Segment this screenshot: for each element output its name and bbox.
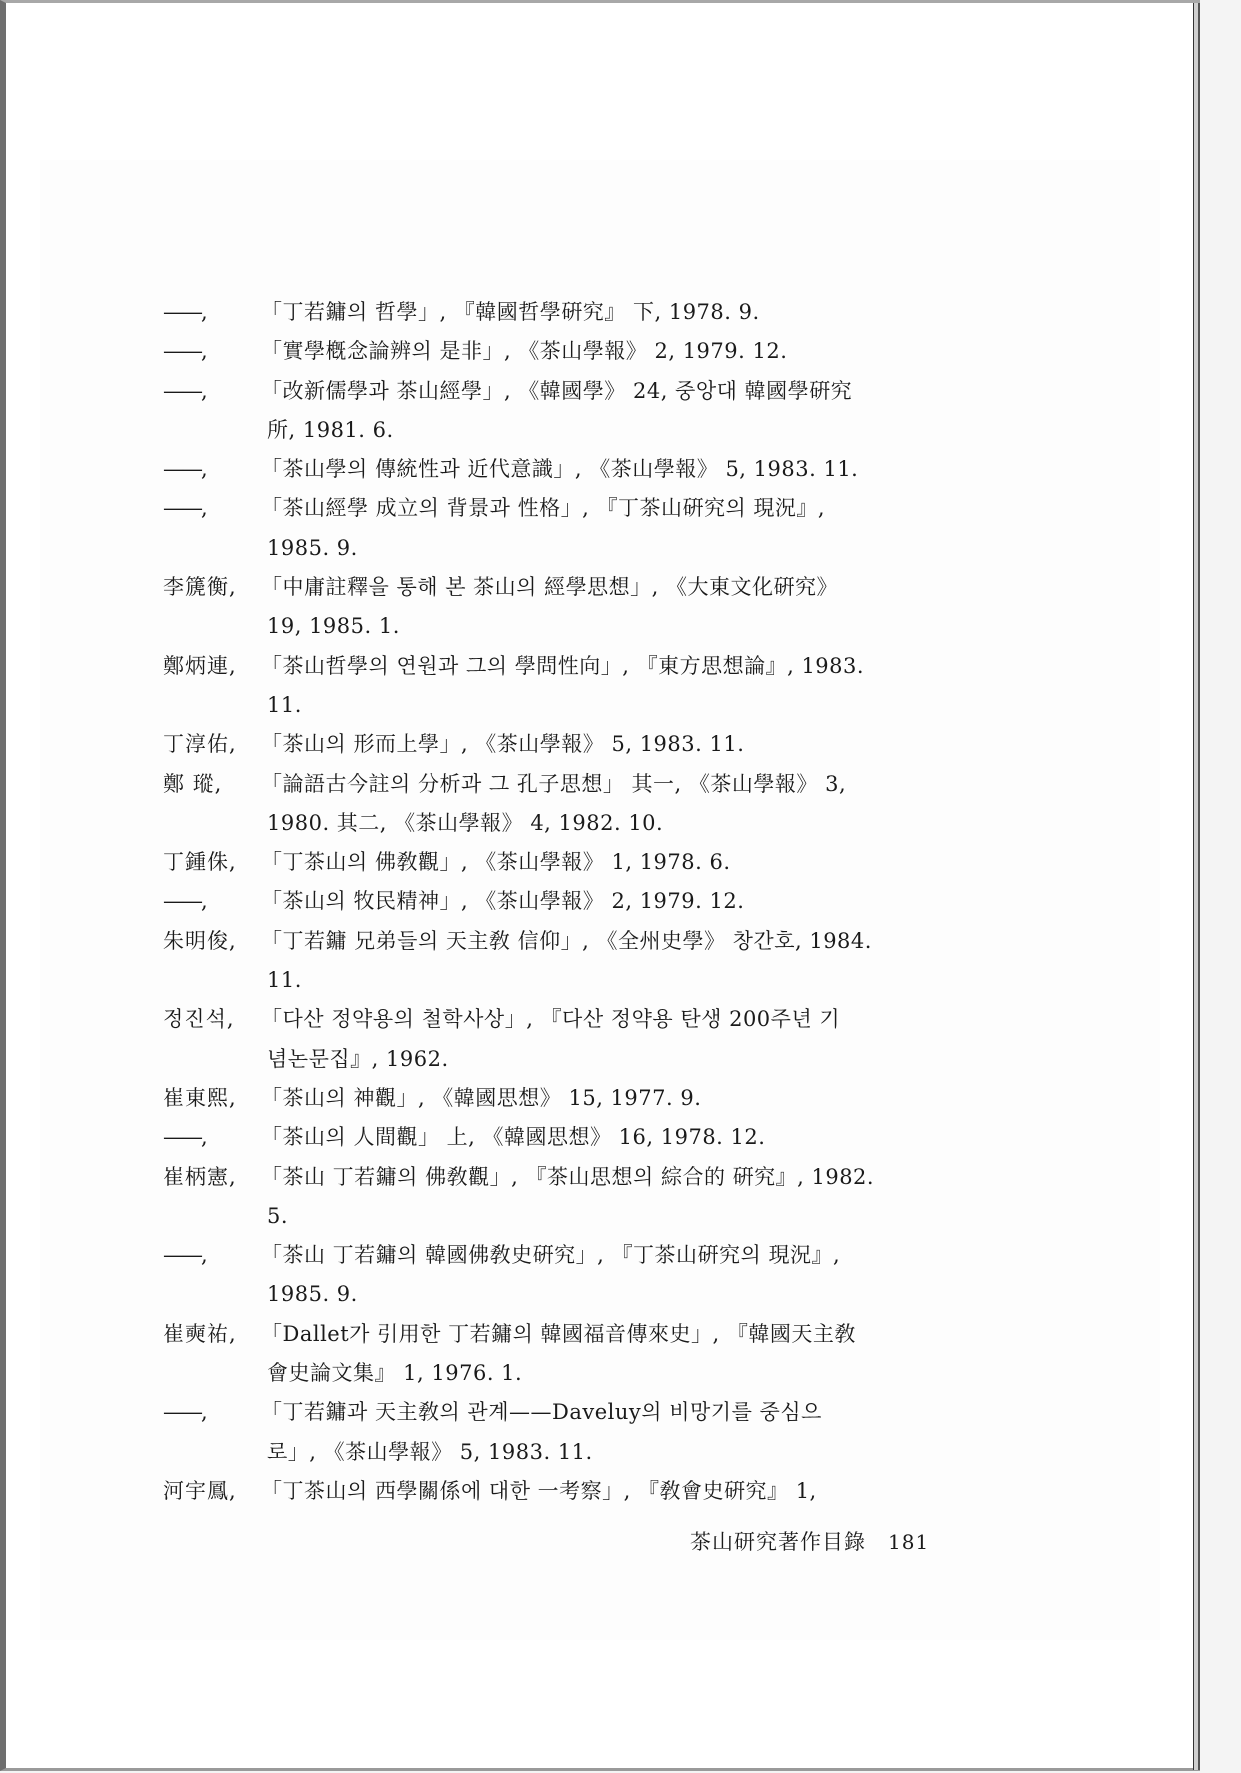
entry-text: 「茶山 丁若鏞의 韓國佛敎史硏究」, 『丁茶山硏究의 現況』, — [261, 1236, 953, 1275]
page-footer: 茶山研究著作目錄 181 — [690, 1526, 929, 1556]
entry-author: ——, — [163, 332, 261, 371]
entry-text: 「茶山의 神觀」, 《韓國思想》 15, 1977. 9. — [261, 1079, 953, 1118]
entry-author: 丁鍾侏, — [163, 843, 261, 882]
entry-author: ——, — [163, 450, 261, 489]
entry-text-continued: 5. — [267, 1197, 953, 1236]
entry-text: 「丁茶山의 西學關係에 대한 一考察」, 『敎會史硏究』 1, — [261, 1472, 953, 1511]
entry-text-continued: 會史論文集』 1, 1976. 1. — [267, 1354, 953, 1393]
entry-author: 李篪衡, — [163, 568, 261, 607]
entry-text-continued: 11. — [267, 961, 953, 1000]
entry-author: ——, — [163, 293, 261, 332]
entry-author: ——, — [163, 1236, 261, 1275]
entry-author: 鄭 瑽, — [163, 765, 261, 804]
entry-text: 「茶山의 牧民精神」, 《茶山學報》 2, 1979. 12. — [261, 882, 953, 921]
entry-author: ——, — [163, 489, 261, 528]
bibliography-entry: 崔奭祐,「Dallet가 引用한 丁若鏞의 韓國福音傳來史」, 『韓國天主敎 會… — [163, 1315, 953, 1394]
entry-text-continued: 1985. 9. — [267, 1275, 953, 1314]
entry-text: 「丁若鏞의 哲學」, 『韓國哲學硏究』 下, 1978. 9. — [261, 293, 953, 332]
bibliography-entry: 鄭炳連,「茶山哲學의 연원과 그의 學問性向」, 『東方思想論』, 1983. … — [163, 647, 953, 726]
bibliography-entry: 崔東熙,「茶山의 神觀」, 《韓國思想》 15, 1977. 9. — [163, 1079, 953, 1118]
bibliography-entry: ——,「茶山의 人間觀」 上, 《韓國思想》 16, 1978. 12. — [163, 1118, 953, 1157]
entry-author: 河宇鳳, — [163, 1472, 261, 1511]
entry-text: 「茶山哲學의 연원과 그의 學問性向」, 『東方思想論』, 1983. — [261, 647, 953, 686]
entry-author: ——, — [163, 1118, 261, 1157]
bibliography-entry: ——,「丁若鏞과 天主敎의 관계——Daveluy의 비망기를 중심으 로」, … — [163, 1393, 953, 1472]
bibliography-entry: ——,「改新儒學과 茶山經學」, 《韓國學》 24, 중앙대 韓國學硏究 所, … — [163, 372, 953, 451]
bibliography-entry: ——,「茶山 丁若鏞의 韓國佛敎史硏究」, 『丁茶山硏究의 現況』, 1985.… — [163, 1236, 953, 1315]
entry-author: 朱明俊, — [163, 922, 261, 961]
page-right-edge — [1193, 3, 1200, 1770]
entry-author: ——, — [163, 1393, 261, 1432]
entry-text: 「丁茶山의 佛敎觀」, 《茶山學報》 1, 1978. 6. — [261, 843, 953, 882]
entry-text: 「丁若鏞 兄弟들의 天主敎 信仰」, 《全州史學》 창간호, 1984. — [261, 922, 953, 961]
bibliography-entry: 朱明俊,「丁若鏞 兄弟들의 天主敎 信仰」, 《全州史學》 창간호, 1984.… — [163, 922, 953, 1001]
entry-author: 정진석, — [163, 1000, 261, 1039]
entry-text-continued: 1985. 9. — [267, 529, 953, 568]
entry-text: 「茶山의 形而上學」, 《茶山學報》 5, 1983. 11. — [261, 725, 953, 764]
bibliography-entry: ——,「實學槪念論辨의 是非」, 《茶山學報》 2, 1979. 12. — [163, 332, 953, 371]
page-number: 181 — [888, 1530, 929, 1554]
entry-text-continued: 所, 1981. 6. — [267, 411, 953, 450]
entry-text-continued: 19, 1985. 1. — [267, 607, 953, 646]
bibliography-entry: ——,「茶山의 牧民精神」, 《茶山學報》 2, 1979. 12. — [163, 882, 953, 921]
entry-text-continued: 11. — [267, 686, 953, 725]
entry-text: 「Dallet가 引用한 丁若鏞의 韓國福音傳來史」, 『韓國天主敎 — [261, 1315, 953, 1354]
bibliography-entry: 丁淳佑,「茶山의 形而上學」, 《茶山學報》 5, 1983. 11. — [163, 725, 953, 764]
entry-author: ——, — [163, 882, 261, 921]
bibliography-entry: 鄭 瑽,「論語古今註의 分析과 그 孔子思想」 其一, 《茶山學報》 3, 19… — [163, 765, 953, 844]
entry-text: 「中庸註釋을 통해 본 茶山의 經學思想」, 《大東文化硏究》 — [261, 568, 953, 607]
entry-text-continued: 1980. 其二, 《茶山學報》 4, 1982. 10. — [267, 804, 953, 843]
entry-author: 崔奭祐, — [163, 1315, 261, 1354]
entry-author: 鄭炳連, — [163, 647, 261, 686]
entry-author: 丁淳佑, — [163, 725, 261, 764]
entry-author: 崔柄憲, — [163, 1158, 261, 1197]
bibliography-entry: 정진석,「다산 정약용의 철학사상」, 『다산 정약용 탄생 200주년 기 념… — [163, 1000, 953, 1079]
entry-text: 「改新儒學과 茶山經學」, 《韓國學》 24, 중앙대 韓國學硏究 — [261, 372, 953, 411]
bibliography-entry: ——,「茶山經學 成立의 背景과 性格」, 『丁茶山硏究의 現況』, 1985.… — [163, 489, 953, 568]
running-footer-title: 茶山研究著作目錄 — [690, 1526, 866, 1556]
entry-author: ——, — [163, 372, 261, 411]
entry-text-continued: 로」, 《茶山學報》 5, 1983. 11. — [267, 1433, 953, 1472]
bibliography-entry: ——,「茶山學의 傳統性과 近代意識」, 《茶山學報》 5, 1983. 11. — [163, 450, 953, 489]
entry-text: 「丁若鏞과 天主敎의 관계——Daveluy의 비망기를 중심으 — [261, 1393, 953, 1432]
bibliography-entry: 李篪衡,「中庸註釋을 통해 본 茶山의 經學思想」, 《大東文化硏究》 19, … — [163, 568, 953, 647]
bibliography-entry: ——,「丁若鏞의 哲學」, 『韓國哲學硏究』 下, 1978. 9. — [163, 293, 953, 332]
entry-text: 「茶山의 人間觀」 上, 《韓國思想》 16, 1978. 12. — [261, 1118, 953, 1157]
bibliography-list: ——,「丁若鏞의 哲學」, 『韓國哲學硏究』 下, 1978. 9. ——,「實… — [163, 293, 953, 1511]
entry-text: 「다산 정약용의 철학사상」, 『다산 정약용 탄생 200주년 기 — [261, 1000, 953, 1039]
entry-text: 「茶山 丁若鏞의 佛敎觀」, 『茶山思想의 綜合的 硏究』, 1982. — [261, 1158, 953, 1197]
entry-text: 「實學槪念論辨의 是非」, 《茶山學報》 2, 1979. 12. — [261, 332, 953, 371]
bibliography-entry: 丁鍾侏,「丁茶山의 佛敎觀」, 《茶山學報》 1, 1978. 6. — [163, 843, 953, 882]
bibliography-entry: 河宇鳳,「丁茶山의 西學關係에 대한 一考察」, 『敎會史硏究』 1, — [163, 1472, 953, 1511]
entry-text: 「論語古今註의 分析과 그 孔子思想」 其一, 《茶山學報》 3, — [261, 765, 953, 804]
entry-text: 「茶山經學 成立의 背景과 性格」, 『丁茶山硏究의 現況』, — [261, 489, 953, 528]
entry-author: 崔東熙, — [163, 1079, 261, 1118]
bibliography-entry: 崔柄憲,「茶山 丁若鏞의 佛敎觀」, 『茶山思想의 綜合的 硏究』, 1982.… — [163, 1158, 953, 1237]
entry-text: 「茶山學의 傳統性과 近代意識」, 《茶山學報》 5, 1983. 11. — [261, 450, 953, 489]
entry-text-continued: 념논문집』, 1962. — [267, 1040, 953, 1079]
